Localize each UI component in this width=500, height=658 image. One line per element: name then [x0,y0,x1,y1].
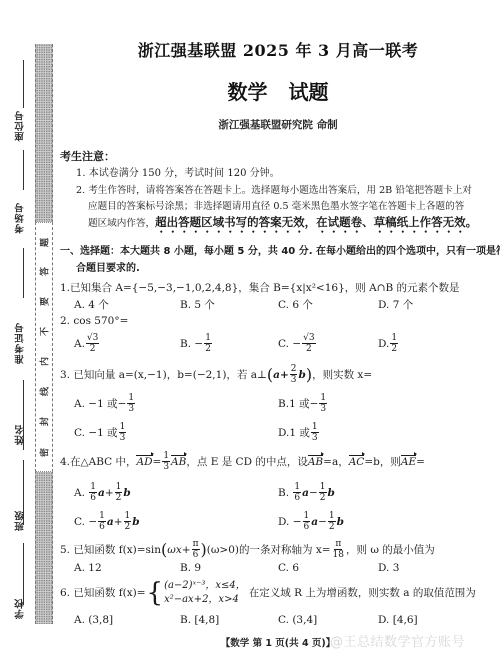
question-number: 4. [60,455,70,469]
fraction: 16 [98,511,106,532]
fraction: √32 [302,333,315,354]
denominator: 3 [162,462,170,472]
q2-option-b[interactable]: B. −12 [180,333,213,354]
q5-option-d[interactable]: D. 3 [378,561,399,575]
denominator: 6 [192,550,200,560]
brace: { [147,580,164,606]
vector-AC: AC [349,455,365,469]
vector-AD: AD [136,455,152,469]
q1-option-a[interactable]: A. 4 个 [74,298,109,312]
fraction: 12 [124,511,132,532]
question-2: 2. cos 570°= [60,314,128,328]
fraction: 16 [293,482,301,503]
school-field: 学校 [8,598,30,628]
q5-option-a[interactable]: A. 12 [74,561,102,575]
fraction: 16 [303,511,311,532]
question-1: 1.已知集合 A={−5,−3,−1,0,2,4,8}，集合 B={x|x²<1… [60,281,460,295]
denominator: 3 [127,404,135,414]
numerator: 1 [204,333,212,344]
numerator: 1 [328,511,336,522]
option-label: D. [278,426,289,440]
question-number: 2. [60,315,70,327]
question-stem: 在△ABC 中， [70,455,136,469]
question-stem: ，点 E 是 CD 的中点，设 [186,455,307,469]
watermark: @王总结数学官方账号 [330,631,465,650]
denominator: 2 [89,344,97,354]
fraction: 13 [311,422,319,443]
fraction: √32 [86,333,99,354]
question-stem: =a， [323,455,349,469]
name-label: 姓名 [14,424,28,445]
seal-strip-text-area [35,222,53,472]
vector-AB: AB [308,455,323,469]
class-label: 班级 [14,510,28,531]
fraction: 23 [290,364,298,385]
vector-var: b [132,515,139,529]
option-label: C. [74,426,85,440]
question-stem: 已知函数 f(x)=sin [73,543,161,557]
vector-var: b [328,486,335,500]
numerator: 1 [390,333,398,344]
cases: (a−2)ˣ⁻³，x≤4，x²−ax+2，x>4 [164,579,246,607]
exam-room-label: 考场号 [14,202,28,234]
sign: + [114,515,123,529]
denominator: 2 [319,493,327,503]
denominator: 2 [305,344,313,354]
fraction: 13 [119,422,127,443]
notice-heading: 考生注意： [60,150,115,164]
sign: − [88,515,97,529]
admission-ticket-field: 准考证号 [8,320,30,380]
option-label: D. [378,337,389,351]
option-label: A. [74,486,85,500]
expr: b [298,368,305,382]
question-stem: =b，则 [364,455,401,469]
vector-var: a [311,515,318,529]
denominator: 6 [89,493,97,503]
question-stem: 在定义域 R 上为增函数，则实数 a 的取值范围为 [249,586,476,600]
denominator: 6 [98,522,106,532]
sign: − [309,486,318,500]
denominator: 6 [293,493,301,503]
exam-title: 浙江强基联盟 2025 年 3 月高一联考 [60,38,496,61]
question-stem: cos 570°= [73,315,128,327]
question-stem: 已知集合 A={−5,−3,−1,0,2,4,8}，集合 B={x|x²<16}… [70,282,460,294]
fraction: 12 [319,482,327,503]
question-stem: (ω>0)的一条对称轴为 x= [207,543,331,557]
denominator: 3 [119,433,127,443]
class-field: 班级 [8,510,30,540]
seal-char: 封 [38,415,51,429]
subject-title: 数学 试题 [60,76,496,105]
option-label: A. [74,397,85,411]
equals: = [153,455,162,469]
q6-option-d[interactable]: D. [4,6] [378,613,418,627]
seal-char: 答 [38,265,51,279]
fill-line [23,150,24,190]
fill-line [23,543,24,605]
q2-option-a[interactable]: A.√32 [74,333,100,354]
sign: − [318,515,327,529]
q4-option-c[interactable]: C. −16a+12b [74,511,140,532]
question-number: 1. [60,282,70,294]
numerator: 1 [319,482,327,493]
q5-option-b[interactable]: B. 9 [180,561,201,575]
denominator: 2 [328,522,336,532]
option-text: 1 或− [289,397,318,411]
question-stem: = [416,455,425,469]
seat-number-field: 座位号 [8,60,30,170]
fill-line [23,248,24,298]
option-text: 1 或 [289,426,310,440]
vector-AB: AB [171,455,186,469]
section-heading: 一、选择题：本大题共 8 小题，每小题 5 分，共 40 分. 在每小题给出的四… [60,245,500,259]
numerator: 1 [119,422,127,433]
fraction: 12 [204,333,212,354]
exam-room-field: 考场号 [8,200,30,240]
notice-item-2-cont: 应题目的答案标号涂黑；非选择题请用直径 0.5 毫米黑色墨水签字笔在答题卡上各题… [88,200,464,214]
q3-option-d[interactable]: D.1 或13 [278,422,320,443]
sign: − [292,337,301,351]
q4-option-b[interactable]: B. 16a−12b [278,482,335,503]
option-text: −1 或 [88,426,117,440]
denominator: 2 [204,344,212,354]
vector-var: a [98,486,105,500]
notice-item-2-tail: 题区域内作答， [88,218,155,229]
case-2: x²−ax+2，x>4 [164,593,246,607]
fraction: 13 [162,451,170,472]
notice-emphasis: 超出答题区域书写的答案无效，在试题卷、草稿纸上作答无效。 [155,215,477,229]
option-label: A. [74,337,85,351]
fraction: 12 [390,333,398,354]
expr: ωx+ [167,543,190,557]
compiler-line: 浙江强基联盟研究院 命制 [60,117,496,132]
numerator: 1 [311,422,319,433]
q1-option-d[interactable]: D. 7 个 [378,298,413,312]
vector-var: a [107,515,114,529]
option-label: B. [278,486,289,500]
name-field: 姓名 [8,420,30,450]
seal-char: 要 [38,295,51,309]
q2-option-d[interactable]: D.12 [378,333,399,354]
question-number: 5. [60,543,70,557]
denominator: 3 [311,433,319,443]
fraction: π18 [332,539,345,560]
notice-item-2: 2. 考生作答时，请将答案答在答题卡上。选择题每小题选出答案后，用 2B 铅笔把… [76,184,472,198]
numerator: 1 [127,393,135,404]
fraction: 13 [127,393,135,414]
q6-option-c[interactable]: C. (3,4] [278,613,317,627]
notice-item-2-cont2: 题区域内作答，超出答题区域书写的答案无效，在试题卷、草稿纸上作答无效。 [88,215,477,236]
q6-option-b[interactable]: B. [4,8] [180,613,219,627]
question-6: 6. 已知函数 f(x)={(a−2)ˣ⁻³，x≤4，x²−ax+2，x>4在定… [60,576,476,610]
q6-option-a[interactable]: A. (3,8] [74,613,113,627]
question-4: 4.在△ABC 中，AD=13AB，点 E 是 CD 的中点，设AB=a，AC=… [60,451,425,472]
question-stem: 已知函数 f(x)= [73,586,145,600]
option-text: −1 或− [88,397,126,411]
sign: − [194,337,203,351]
denominator: 6 [303,522,311,532]
denominator: 2 [390,344,398,354]
numerator: 1 [115,482,123,493]
seal-char: 线 [38,385,51,399]
denominator: 3 [319,404,327,414]
binding-fields: 座位号 考场号 准考证号 姓名 班级 学校 [8,0,30,658]
numerator: π [192,539,200,550]
q5-option-c[interactable]: C. 6 [278,561,299,575]
notice-item-1: 1. 本试卷满分 150 分，考试时间 120 分钟。 [76,167,280,181]
option-label: B. [180,337,191,351]
numerator: 1 [89,482,97,493]
denominator: 2 [124,522,132,532]
expr: a+ [273,368,289,382]
q1-option-c[interactable]: C. 6 个 [278,298,313,312]
q4-option-d[interactable]: D. −16a−12b [278,511,344,532]
section-heading-cont: 合题目要求的. [76,262,140,276]
piecewise-function: {(a−2)ˣ⁻³，x≤4，x²−ax+2，x>4 [147,579,246,607]
question-stem-tail: ，则实数 x= [312,368,372,382]
numerator: √3 [302,333,315,344]
option-label: B. [278,397,289,411]
fraction: 13 [319,393,327,414]
numerator: 1 [319,393,327,404]
seal-char: 密 [38,446,51,460]
q3-option-b[interactable]: B.1 或−13 [278,393,328,414]
numerator: 1 [162,451,170,462]
numerator: π [334,539,342,550]
sign: − [293,515,302,529]
vector-var: b [337,515,344,529]
vector-AE: AE [401,455,416,469]
question-stem: ，则 ω 的最小值为 [346,543,435,557]
denominator: 18 [332,550,345,560]
fraction: 16 [89,482,97,503]
q3-option-a[interactable]: A. −1 或−13 [74,393,136,414]
sign: + [105,486,114,500]
q1-option-b[interactable]: B. 5 个 [180,298,215,312]
numerator: 1 [293,482,301,493]
numerator: 1 [303,511,311,522]
seat-number-label: 座位号 [14,110,28,142]
q2-option-c[interactable]: C. −√32 [278,333,317,354]
fraction: π6 [192,539,200,560]
denominator: 3 [290,375,298,385]
admission-ticket-label: 准考证号 [14,322,28,364]
numerator: √3 [86,333,99,344]
seal-char: 题 [38,236,51,250]
q4-option-a[interactable]: A. 16a+12b [74,482,131,503]
fraction: 12 [115,482,123,503]
numerator: 1 [98,511,106,522]
seal-char: 内 [38,355,51,369]
fill-line [23,60,24,108]
numerator: 2 [290,364,298,375]
fraction: 12 [328,511,336,532]
school-label: 学校 [14,598,28,619]
numerator: 1 [124,511,132,522]
seal-char: 不 [38,325,51,339]
question-3: 3. 已知向量 a=(x,−1)，b=(−2,1)，若 a⊥(a+23b)，则实… [60,364,372,385]
option-label: D. [278,515,289,529]
vector-var: b [123,486,130,500]
denominator: 2 [115,493,123,503]
question-stem: 已知向量 a=(x,−1)，b=(−2,1)，若 a⊥ [73,368,267,382]
option-label: C. [74,515,85,529]
question-5: 5. 已知函数 f(x)=sin(ωx+π6)(ω>0)的一条对称轴为 x=π1… [60,539,435,560]
option-label: C. [278,337,289,351]
question-number: 3. [60,368,70,382]
question-number: 6. [60,586,70,600]
vector-var: a [302,486,309,500]
case-1: (a−2)ˣ⁻³，x≤4， [164,579,246,593]
q3-option-c[interactable]: C. −1 或13 [74,422,127,443]
